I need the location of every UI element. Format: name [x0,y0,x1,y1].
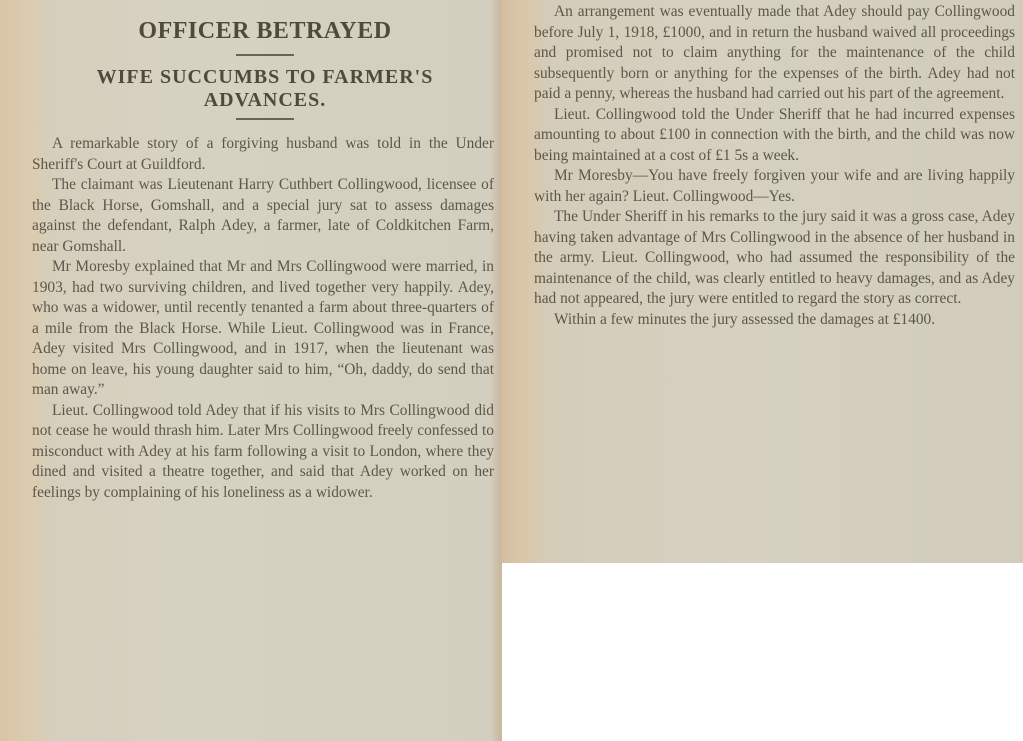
article-paragraph: Lieut. Collingwood told the Under Sherif… [534,105,1015,167]
headline: OFFICER BETRAYED [36,16,494,46]
subheadline-divider [236,118,294,120]
newspaper-clipping-right-column: An arrangement was eventually made that … [502,0,1023,563]
article-paragraph: An arrangement was eventually made that … [534,2,1015,105]
headline-divider [236,54,294,56]
article-paragraph: The claimant was Lieutenant Harry Cuthbe… [32,175,494,257]
article-paragraph: Mr Moresby explained that Mr and Mrs Col… [32,257,494,401]
article-paragraph: The Under Sheriff in his remarks to the … [534,207,1015,310]
article-paragraph: Within a few minutes the jury assessed t… [534,310,1015,331]
article-paragraph: Mr Moresby—You have freely forgiven your… [534,166,1015,207]
subheadline: WIFE SUCCUMBS TO FARMER'S ADVANCES. [36,66,494,112]
newspaper-clipping-left-column: OFFICER BETRAYED WIFE SUCCUMBS TO FARMER… [0,0,502,741]
article-paragraph: Lieut. Collingwood told Adey that if his… [32,401,494,504]
article-paragraph: A remarkable story of a forgiving husban… [32,134,494,175]
